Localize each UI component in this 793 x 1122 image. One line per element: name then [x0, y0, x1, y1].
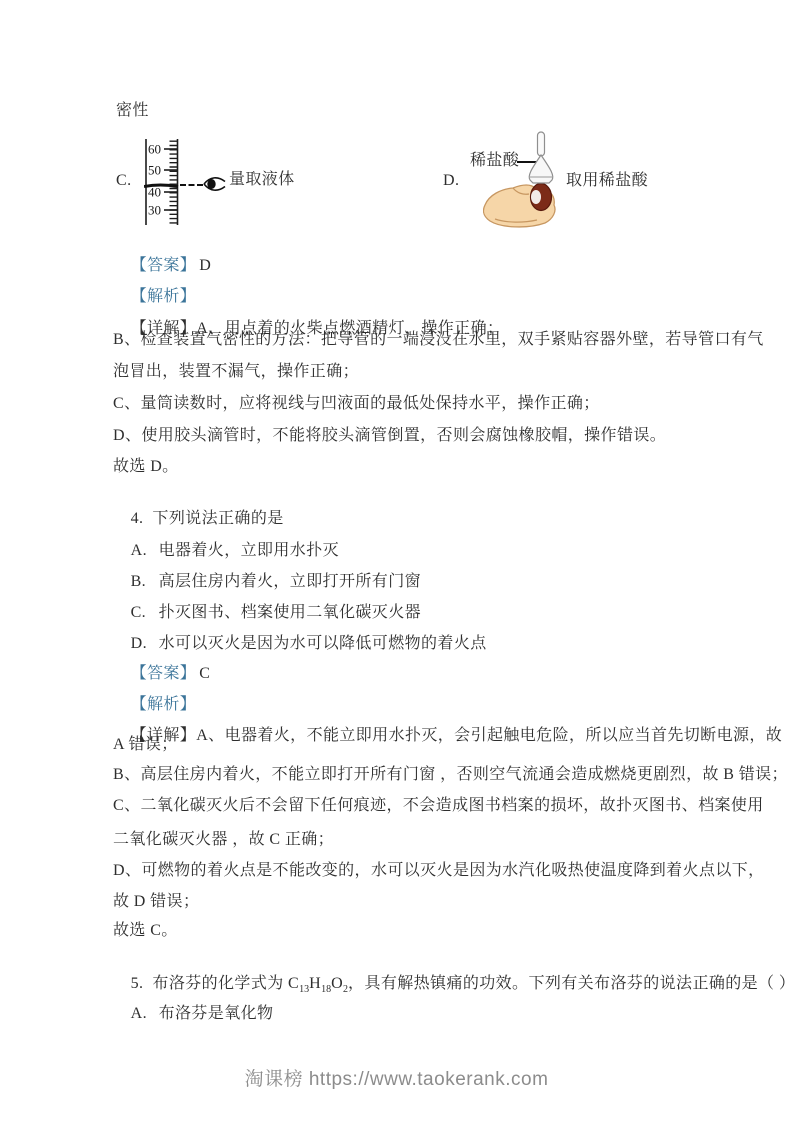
- exam-solution-page: 密性 C. 60 50 40 30 量取液体 D. 稀盐酸: [0, 0, 793, 1122]
- chemical-formula: C13H18O2: [288, 975, 348, 992]
- q3-option-d-label: D.: [443, 170, 459, 192]
- answer-letter: C: [199, 665, 210, 682]
- scale-50: 50: [148, 163, 161, 178]
- q3-detail-line-3: 泡冒出，装置不漏气，操作正确；: [113, 361, 359, 383]
- q4-detail-line-3: B、高层住房内着火，不能立即打开所有门窗 ，否则空气流通会造成燃烧更剧烈，故 B…: [113, 764, 788, 786]
- scale-30: 30: [148, 203, 161, 218]
- formula-subscript: 18: [321, 984, 331, 995]
- q5-option-a: A.布洛芬是氧化物: [113, 981, 273, 1047]
- formula-element: C: [288, 975, 299, 992]
- dropper-glass-tube: [538, 132, 545, 156]
- q4-conclusion-line: 故选 C。: [113, 920, 178, 942]
- site-footer: 淘课榜 https://www.taokerank.com: [0, 1064, 793, 1091]
- q3-option-d-caption: 取用稀盐酸: [566, 170, 648, 192]
- q4-detail-line-2: A 错误；: [113, 734, 178, 756]
- q4-detail-line-6: D、可燃物的着火点是不能改变的，水可以灭火是因为水汽化吸热使温度降到着火点以下，: [113, 860, 765, 882]
- option-text: 布洛芬是氧化物: [159, 1005, 274, 1022]
- q3-detail-line-5: D、使用胶头滴管时，不能将胶头滴管倒置，否则会腐蚀橡胶帽，操作错误。: [113, 425, 666, 447]
- formula-element: H: [309, 975, 321, 992]
- dropper-glass-bulb: [529, 155, 553, 183]
- q3-option-c-caption: 量取液体: [229, 169, 295, 191]
- detail-text: A、电器着火，不能立即用水扑灭，会引起触电危险，所以应当首先切断电源，故: [196, 727, 782, 744]
- hand-holding-dropper-figure: [483, 131, 575, 231]
- q4-detail-line-4: C、二氧化碳灭火后不会留下任何痕迹，不会造成图书档案的损坏，故扑灭图书、档案使用: [113, 795, 764, 817]
- q3-option-c-label: C.: [116, 170, 131, 192]
- answer-letter: D: [199, 257, 211, 274]
- scale-60: 60: [148, 142, 161, 157]
- q3-detail-line-2: B、检查装置气密性的方法：把导管的一端浸没在水里，双手紧贴容器外壁，若导管口有气: [113, 329, 764, 351]
- scale-40: 40: [148, 185, 161, 200]
- sight-line-dashed: [180, 184, 203, 186]
- q4-detail-line-1: 【详解】A、电器着火，不能立即用水扑灭，会引起触电危险，所以应当首先切断电源，故: [113, 703, 782, 769]
- formula-subscript: 13: [299, 984, 309, 995]
- formula-element: O: [331, 975, 343, 992]
- graduated-cylinder-figure: 60 50 40 30: [144, 139, 184, 225]
- q3-conclusion-line: 故选 D。: [113, 456, 179, 478]
- q3-detail-line-4: C、量筒读数时，应将视线与凹液面的最低处保持水平，操作正确；: [113, 393, 600, 415]
- thumb-highlight: [531, 190, 541, 204]
- q4-detail-line-7: 故 D 错误；: [113, 891, 199, 913]
- q4-detail-line-5: 二氧化碳灭火器 ，故 C 正确；: [113, 829, 334, 851]
- continuation-text: 密性: [116, 100, 149, 122]
- stem-suffix: ，具有解热镇痛的功效。下列有关布洛芬的说法正确的是（ ）: [348, 975, 793, 992]
- eye-icon: [203, 174, 227, 194]
- option-label: A.: [131, 1003, 148, 1025]
